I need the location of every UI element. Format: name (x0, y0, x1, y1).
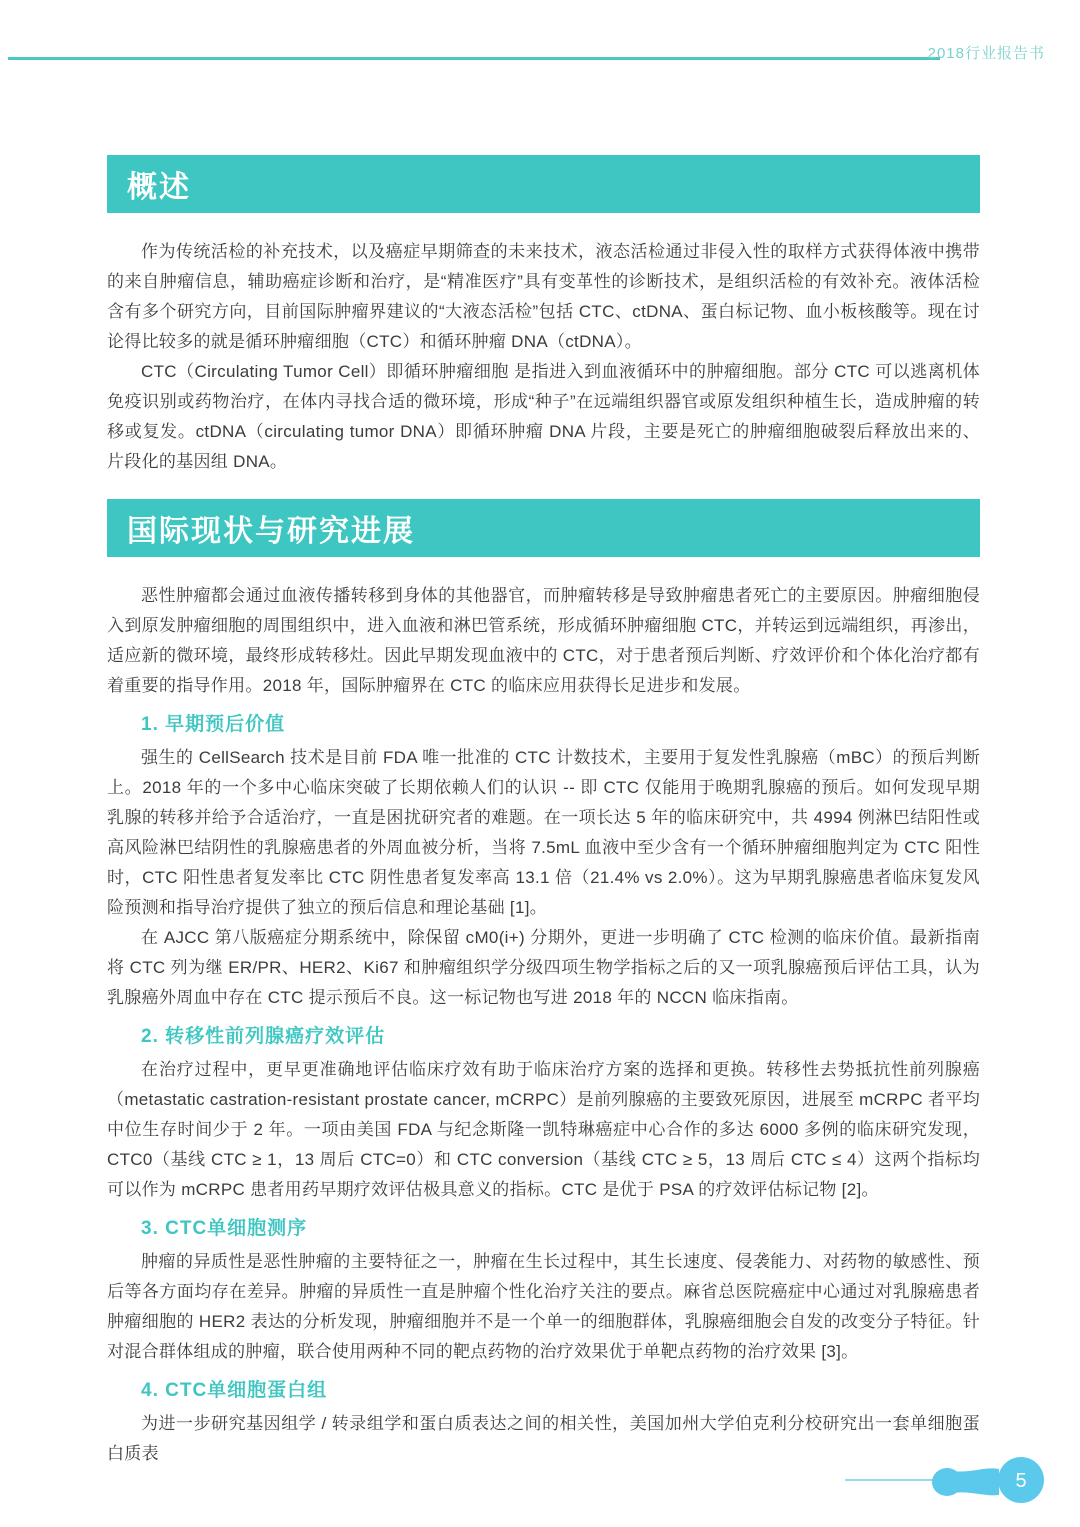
paragraph: 作为传统活检的补充技术，以及癌症早期筛查的未来技术，液态活检通过非侵入性的取样方… (107, 237, 980, 357)
page-number-badge: 5 (845, 1452, 1080, 1522)
subsection-heading-mcrpc-efficacy: 2. 转移性前列腺癌疗效评估 (107, 1025, 980, 1049)
header-rule (8, 57, 940, 60)
section-title: 概述 (107, 162, 191, 206)
paragraph: 强生的 CellSearch 技术是目前 FDA 唯一批准的 CTC 计数技术，… (107, 743, 980, 923)
page-number: 5 (1015, 1470, 1026, 1492)
paragraph: 恶性肿瘤都会通过血液传播转移到身体的其他器官，而肿瘤转移是导致肿瘤患者死亡的主要… (107, 581, 980, 701)
paragraph: 肿瘤的异质性是恶性肿瘤的主要特征之一，肿瘤在生长过程中，其生长速度、侵袭能力、对… (107, 1247, 980, 1367)
report-label: 2018行业报告书 (928, 42, 1045, 63)
section-bar-international-progress: 国际现状与研究进展 (107, 499, 980, 557)
footer-blob-waist (945, 1468, 999, 1495)
subsection-heading-single-cell-sequencing: 3. CTC单细胞测序 (107, 1217, 980, 1241)
report-page: 2018行业报告书 概述 作为传统活检的补充技术，以及癌症早期筛查的未来技术，液… (0, 0, 1080, 1527)
subsection-heading-early-prognosis: 1. 早期预后价值 (107, 713, 980, 737)
section-bar-overview: 概述 (107, 155, 980, 213)
paragraph: CTC（Circulating Tumor Cell）即循环肿瘤细胞 是指进入到… (107, 357, 980, 477)
paragraph: 在 AJCC 第八版癌症分期系统中，除保留 cM0(i+) 分期外，更进一步明确… (107, 923, 980, 1013)
footer-decoration: 5 (845, 1452, 1080, 1522)
section-title: 国际现状与研究进展 (107, 506, 415, 550)
subsection-heading-single-cell-proteome: 4. CTC单细胞蛋白组 (107, 1379, 980, 1403)
page-content: 概述 作为传统活检的补充技术，以及癌症早期筛查的未来技术，液态活检通过非侵入性的… (107, 155, 980, 1469)
paragraph: 在治疗过程中，更早更准确地评估临床疗效有助于临床治疗方案的选择和更换。转移性去势… (107, 1055, 980, 1205)
